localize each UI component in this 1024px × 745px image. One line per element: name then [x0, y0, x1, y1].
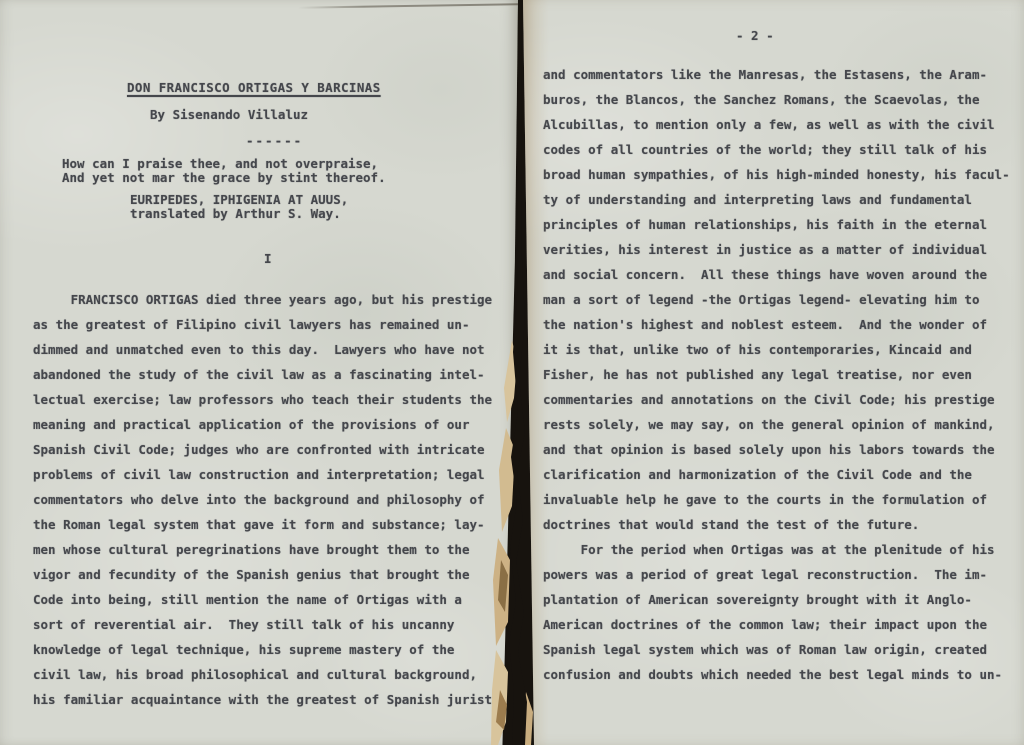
- separator-dashes: ------: [246, 133, 303, 148]
- paper-crease: [298, 3, 518, 8]
- byline: By Sisenando Villaluz: [150, 107, 308, 122]
- left-page: DON FRANCISCO ORTIGAS Y BARCINAS By Sise…: [0, 0, 518, 745]
- left-page-body: FRANCISCO ORTIGAS died three years ago, …: [33, 287, 500, 712]
- right-page-body: and commentators like the Manresas, the …: [543, 62, 1010, 687]
- epigraph: How can I praise thee, and not overprais…: [62, 157, 386, 184]
- scanned-book-spread: { "document": { "kind": "typewritten man…: [0, 0, 1024, 745]
- right-page: - 2 - and commentators like the Manresas…: [521, 0, 1024, 745]
- epigraph-attribution: EURIPEDES, IPHIGENIA AT AUUS, translated…: [130, 193, 348, 220]
- page-number: - 2 -: [736, 28, 774, 43]
- section-numeral: I: [264, 251, 272, 266]
- torn-edge: [521, 692, 533, 745]
- document-title: DON FRANCISCO ORTIGAS Y BARCINAS: [127, 80, 381, 95]
